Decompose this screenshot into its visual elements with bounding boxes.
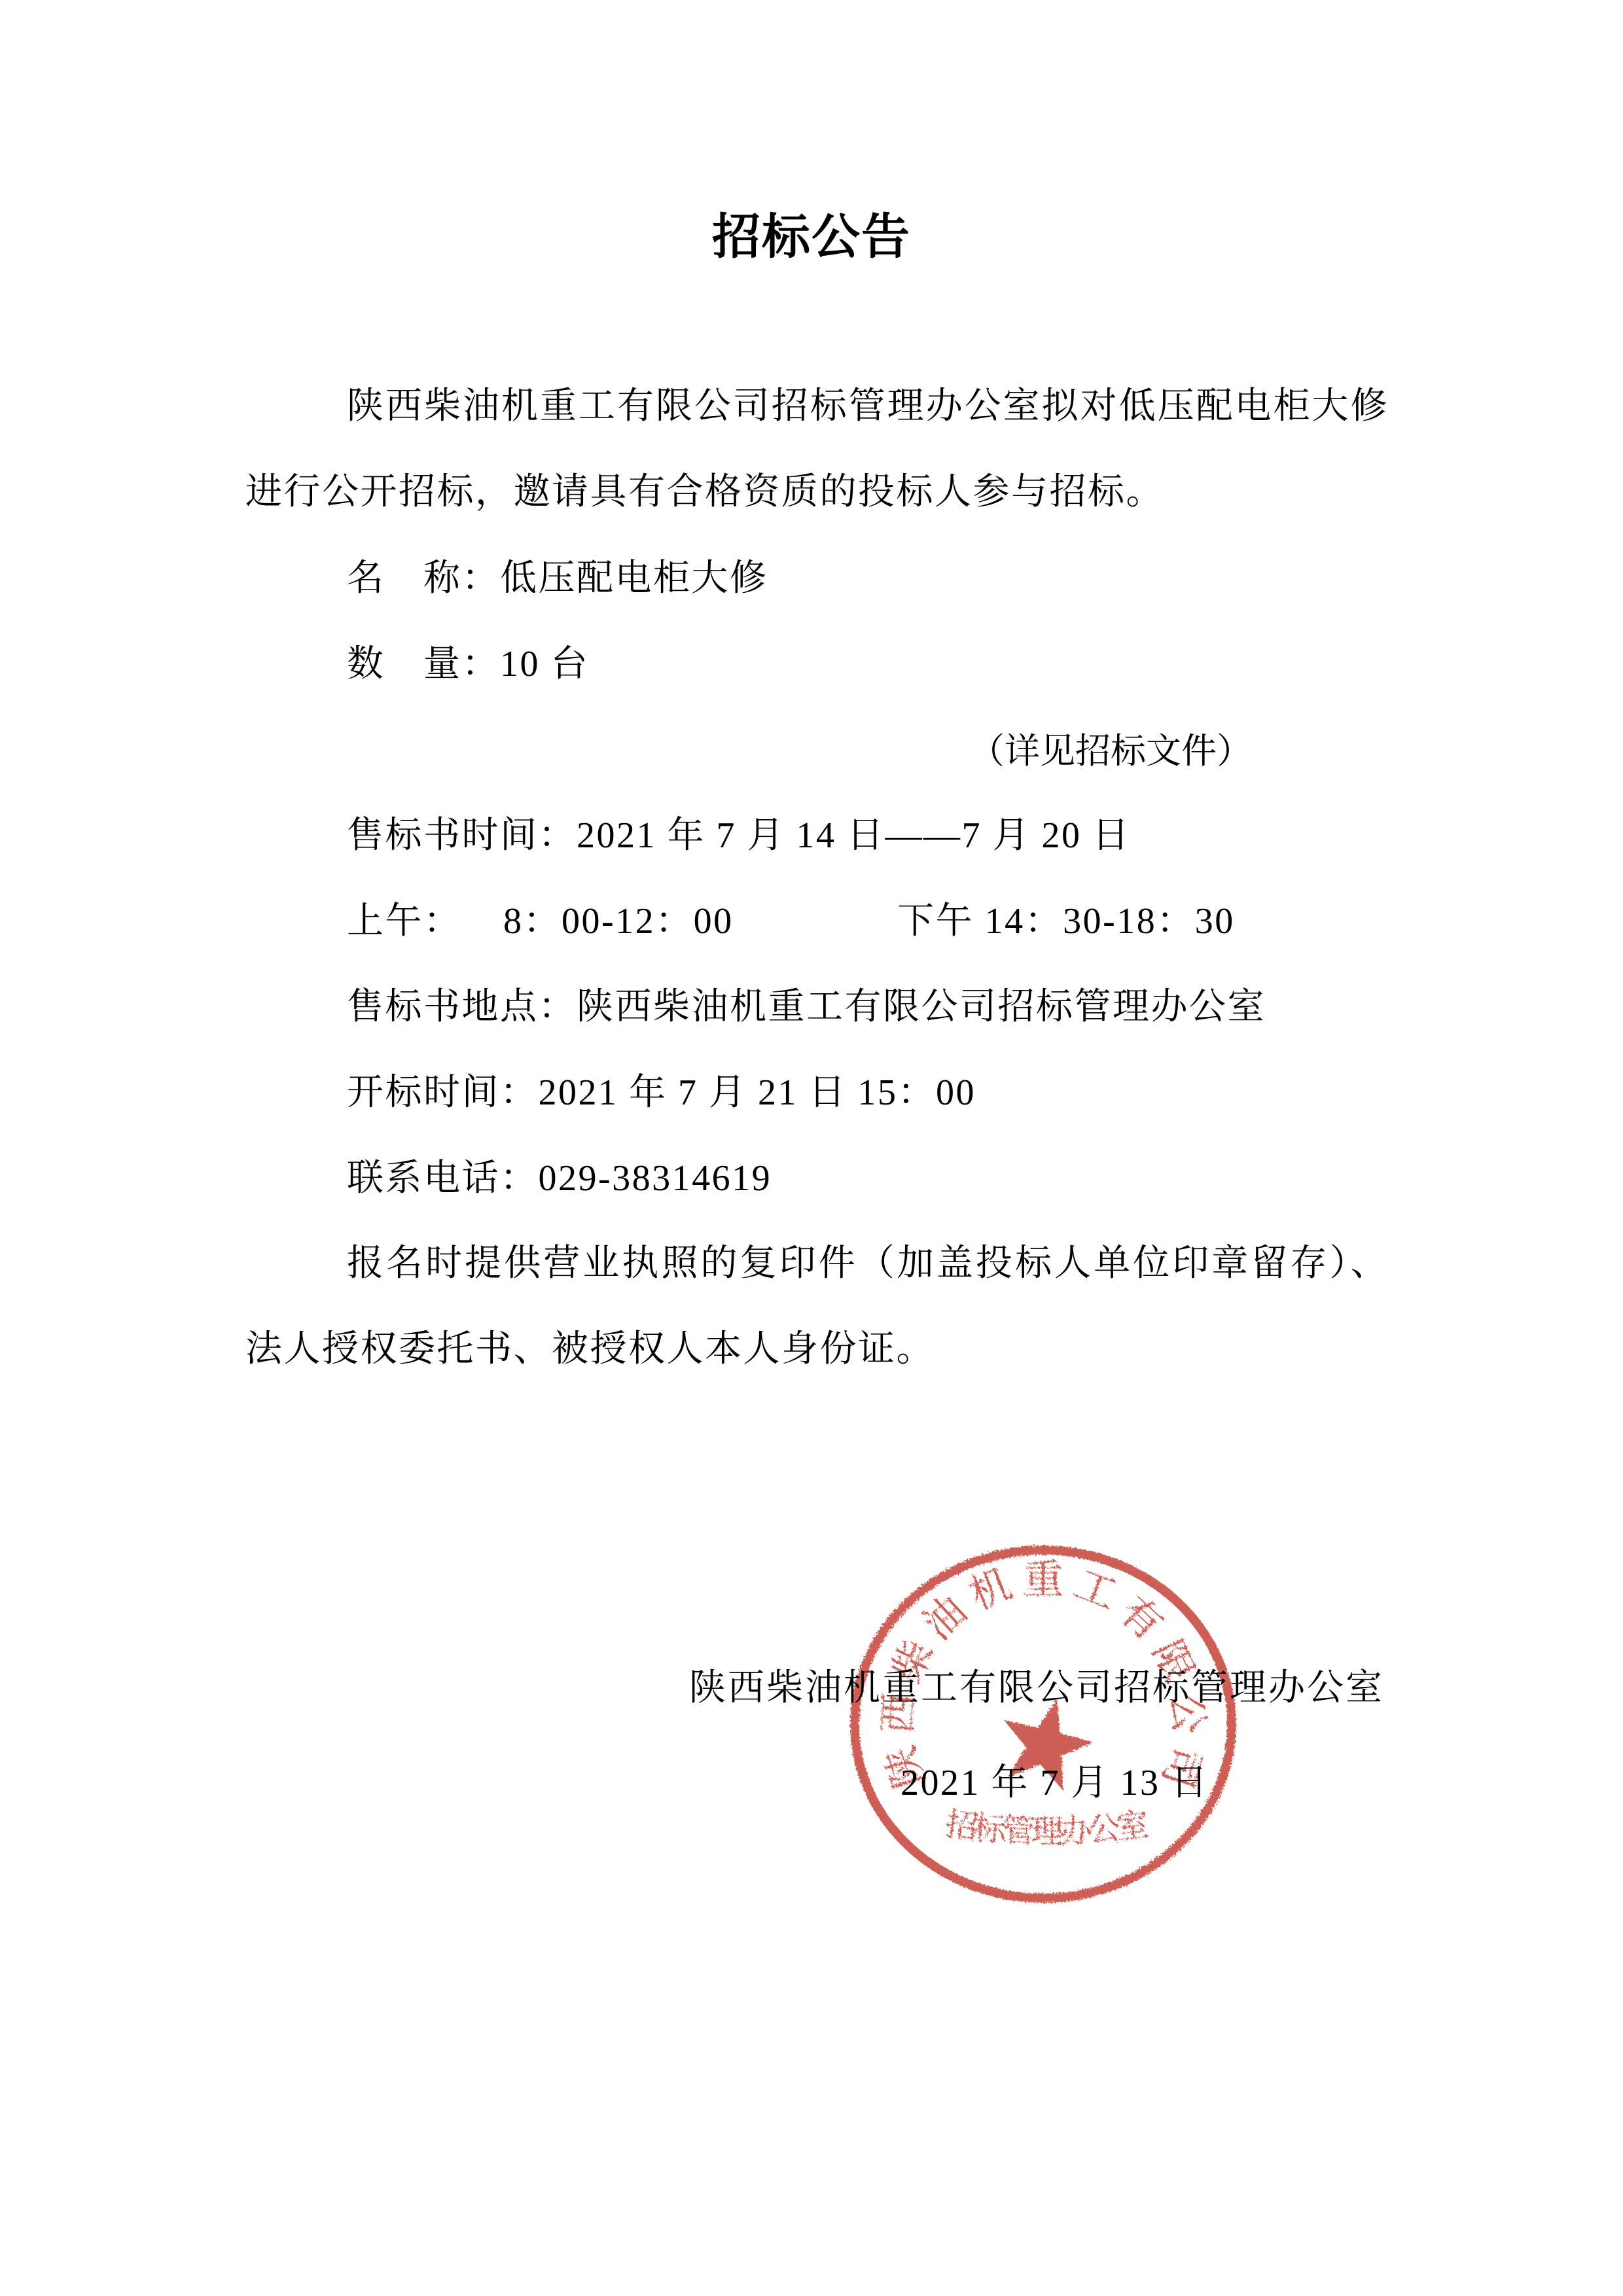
intro-paragraph: 陕西柴油机重工有限公司招标管理办公室拟对低压配电柜大修进行公开招标，邀请具有合格…: [245, 364, 1389, 535]
doc-sale-place-line: 售标书地点：陕西柴油机重工有限公司招标管理办公室: [347, 987, 1266, 1027]
bid-opening-time-line: 开标时间：2021 年 7 月 21 日 15：00: [347, 1073, 976, 1112]
signature-organization-line: 陕西柴油机重工有限公司招标管理办公室: [689, 1669, 1384, 1708]
registration-requirements-paragraph: 报名时提供营业执照的复印件（加盖投标人单位印章留存）、法人授权委托书、被授权人本…: [245, 1221, 1389, 1392]
doc-sale-time-line: 售标书时间：2021 年 7 月 14 日——7 月 20 日: [347, 816, 1131, 855]
doc-sale-hours-line: 上午： 8：00-12：00 下午 14：30-18：30: [347, 902, 1235, 941]
quantity-line: 数 量：10 台: [347, 645, 589, 684]
item-name-line: 名 称：低压配电柜大修: [347, 559, 768, 598]
contact-phone-line: 联系电话：029-38314619: [347, 1159, 772, 1198]
official-seal-stamp: 陕西柴油机重工有限公司 招标管理办公室: [844, 1541, 1243, 1907]
document-page: 招标公告 陕西柴油机重工有限公司招标管理办公室拟对低压配电柜大修进行公开招标，邀…: [0, 0, 1623, 2296]
signature-date-line: 2021 年 7 月 13 日: [901, 1763, 1209, 1803]
seal-bottom-text: 招标管理办公室: [943, 1806, 1151, 1850]
document-title: 招标公告: [0, 211, 1623, 263]
see-tender-docs-note: （详见招标文件）: [969, 732, 1252, 771]
